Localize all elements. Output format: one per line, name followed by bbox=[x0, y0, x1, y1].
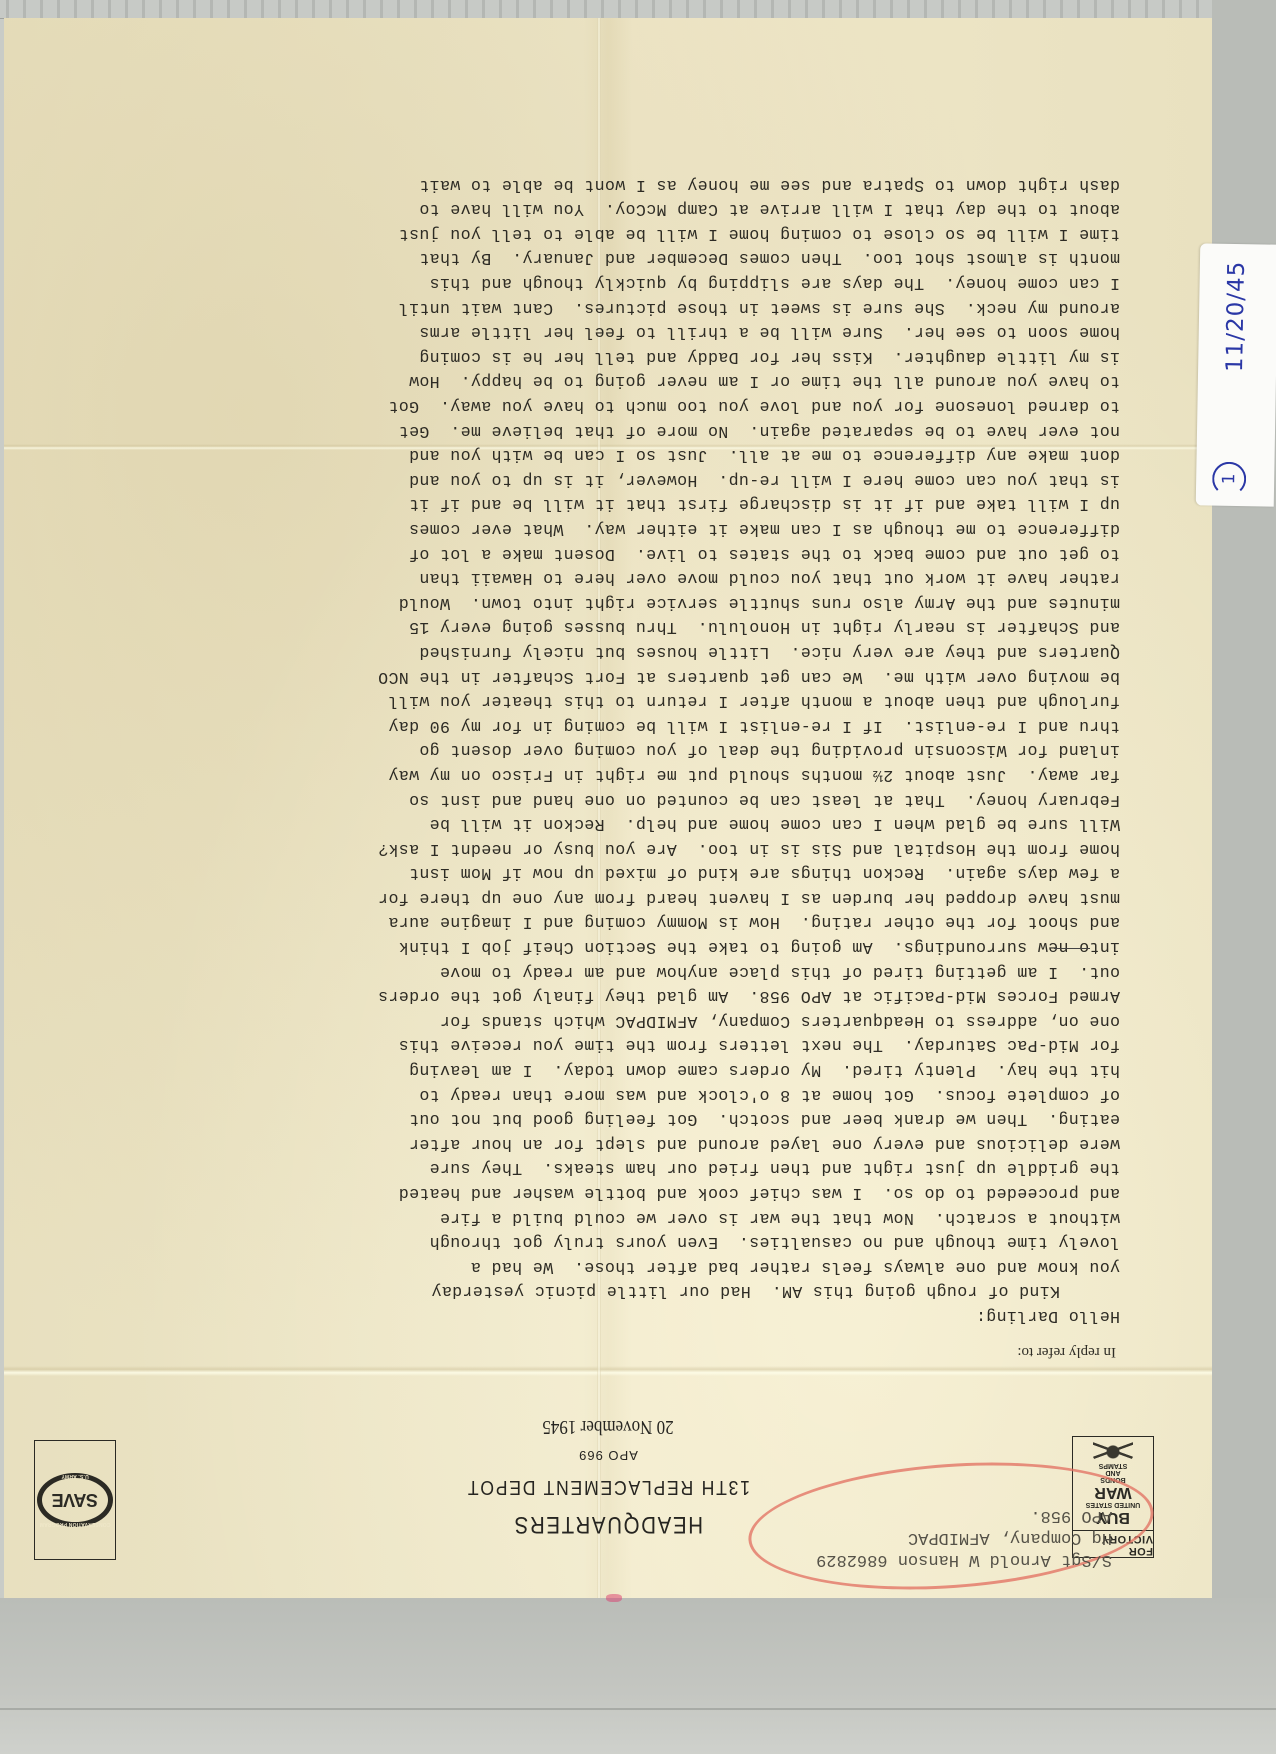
body-line: Quarters and they are very nice. Little … bbox=[120, 639, 1120, 664]
body-line: difference to me though as I can make it… bbox=[120, 516, 1120, 541]
letterhead-unit: 13TH REPLACEMENT DEPOT bbox=[76, 1475, 1139, 1498]
body-line: be moving over with me. We can get quart… bbox=[120, 664, 1120, 689]
body-line: is that you can come here I will re-up. … bbox=[120, 467, 1120, 492]
body-line: rather have it work out that you could m… bbox=[120, 566, 1120, 591]
body-line: of complete focus. Got home at 8 o'clock… bbox=[120, 1082, 1120, 1107]
handwritten-date: 11/20/45 bbox=[1222, 262, 1254, 373]
body-line: home soon to see her. Sure will be a thr… bbox=[120, 320, 1120, 345]
body-line: without a scratch. Now that the war is o… bbox=[120, 1205, 1120, 1230]
body-line: not ever have to be separated again. No … bbox=[120, 418, 1120, 443]
body-line: thru and I re-enlist. If I re-enlist I w… bbox=[120, 713, 1120, 738]
letterhead: HEADQUARTERS 13TH REPLACEMENT DEPOT APO … bbox=[4, 1415, 1212, 1538]
body-line: must have dropped her burden as I havent… bbox=[120, 885, 1120, 910]
body-line: the griddle up just right and then fried… bbox=[120, 1156, 1120, 1181]
body-line: to get out and come back to the states t… bbox=[120, 541, 1120, 566]
body-line: one on, address to Headquarters Company,… bbox=[120, 1008, 1120, 1033]
body-line: Armed Forces Mid-Pacific at APO 958. Am … bbox=[120, 984, 1120, 1009]
body-text: Kind of rough going this AM. Had our lit… bbox=[120, 172, 1120, 1303]
body-line: time I will be so close to coming home I… bbox=[120, 221, 1120, 246]
reply-refer-line: In reply refer to: bbox=[1017, 1343, 1116, 1360]
body-line: for Mid-Pac Saturday. The next letters f… bbox=[120, 1033, 1120, 1058]
body-line: Will sure be glad when I can come home a… bbox=[120, 812, 1120, 837]
letterhead-apo: APO 969 bbox=[4, 1448, 1212, 1463]
body-line: inland for Wisconsin providing the deal … bbox=[120, 738, 1120, 763]
body-line: home from the Hospital and Sis is in too… bbox=[120, 836, 1120, 861]
body-line: lovely time though and no casualties. Ev… bbox=[120, 1230, 1120, 1255]
body-line: around my neck. She sure is sweet in tho… bbox=[120, 295, 1120, 320]
body-line: out. I am getting tired of this place an… bbox=[120, 959, 1120, 984]
body-line: minutes and the Army also runs shuttle s… bbox=[120, 590, 1120, 615]
body-line: you know and one always feels rather bad… bbox=[120, 1254, 1120, 1279]
body-line: month is almost shot too. Then comes Dec… bbox=[120, 246, 1120, 271]
ink-mark bbox=[606, 1594, 622, 1602]
archive-tag: 11/20/45 1 bbox=[1196, 243, 1276, 506]
return-address-line: S/Sgt Arnold W Hanson 6862829 bbox=[816, 1548, 1112, 1570]
letter-date: 20 November 1945 bbox=[95, 1415, 1122, 1438]
letter-body: Hello Darling: Kind of rough going this … bbox=[120, 172, 1120, 1328]
page-number: 1 bbox=[1219, 473, 1239, 484]
body-line: a few days again. Reckon things are kind… bbox=[120, 861, 1120, 886]
body-line: up I will take and if it is discharge fi… bbox=[120, 492, 1120, 517]
margin-mark bbox=[1054, 948, 1090, 949]
body-line: Kind of rough going this AM. Had our lit… bbox=[120, 1279, 1120, 1304]
body-line: February honey. That at least can be cou… bbox=[120, 787, 1120, 812]
salutation: Hello Darling: bbox=[120, 1303, 1120, 1328]
body-line: eating. Then we drank beer and scotch. G… bbox=[120, 1107, 1120, 1132]
body-line: about to the day that I will arrive at C… bbox=[120, 197, 1120, 222]
body-line: dont make any difference to me at all. J… bbox=[120, 443, 1120, 468]
body-line: and Schafter is nearly right in Honolulu… bbox=[120, 615, 1120, 640]
body-line: and proceeded to do so. I was chief cook… bbox=[120, 1180, 1120, 1205]
body-line: were delicious and every one layed aroun… bbox=[120, 1131, 1120, 1156]
body-line: hit the hay. Plenty tired. My orders cam… bbox=[120, 1057, 1120, 1082]
body-line: dash right down to Spatra and see me hon… bbox=[120, 172, 1120, 197]
body-line: and shoot for the other rating. How is M… bbox=[120, 910, 1120, 935]
scan-background-bottom bbox=[0, 1598, 1276, 1754]
letter-page: FOR VICTORY BUY UNITED STATES WAR BONDS … bbox=[4, 18, 1212, 1598]
body-line: is my little daughter. Kiss her for Dadd… bbox=[120, 344, 1120, 369]
body-line: into new surroundings. Am going to take … bbox=[120, 935, 1120, 960]
letterhead-title: HEADQUARTERS bbox=[95, 1510, 1122, 1538]
body-line: to have you around all the time or I am … bbox=[120, 369, 1120, 394]
scanner-seam bbox=[0, 1708, 1276, 1710]
body-line: I can come honey. The days are slipping … bbox=[120, 270, 1120, 295]
body-line: far away. Just about 2½ months should pu… bbox=[120, 762, 1120, 787]
scan-background-right bbox=[1212, 0, 1276, 1598]
fold-crease bbox=[4, 1366, 1212, 1376]
handwritten-page-number: 1 bbox=[1212, 462, 1247, 497]
scanner-edge bbox=[0, 0, 1276, 19]
body-line: to darned lonesone for you and love you … bbox=[120, 393, 1120, 418]
body-line: furlough and then about a month after I … bbox=[120, 689, 1120, 714]
